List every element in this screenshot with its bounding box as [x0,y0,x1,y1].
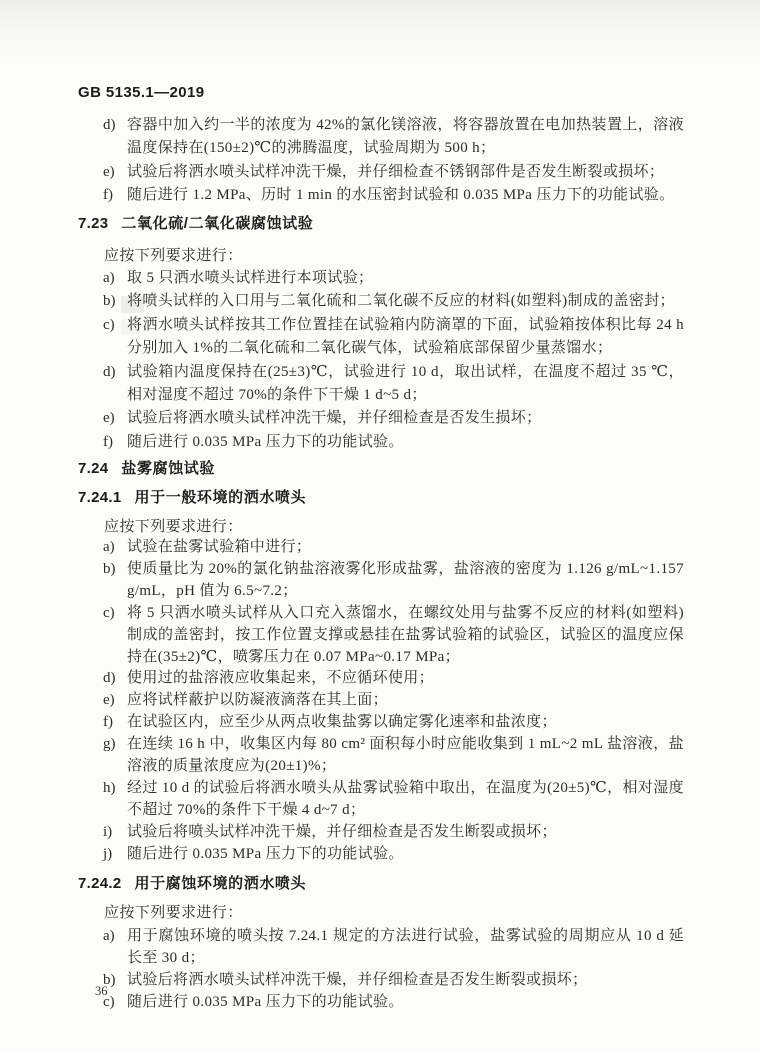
list-item: d) 使用过的盐溶液应收集起来，不应循环使用； [103,668,684,690]
intro-list: d) 容器中加入约一半的浓度为 42%的氯化镁溶液，将容器放置在电加热装置上，溶… [103,114,684,208]
list-item-text: 在连续 16 h 中，收集区内每 80 cm² 面积每小时应能收集到 1 mL~… [127,734,684,778]
list-item-text: 试验箱内温度保持在(25±3)℃，试验进行 10 d，取出试样，在温度不超过 3… [127,361,684,408]
list-item-text: 使用过的盐溶液应收集起来，不应循环使用； [127,668,684,690]
list-item-label: d) [103,668,127,690]
section-heading-7-24-1: 7.24.1用于一般环境的洒水喷头 [78,486,306,507]
list-item-label: b) [103,559,127,581]
list-item-text: 随后进行 0.035 MPa 压力下的功能试验。 [127,991,684,1013]
list-item-text: 试验后将喷头试样冲洗干燥，并仔细检查是否发生断裂或损坏； [127,822,684,844]
list-item-text: 取 5 只洒水喷头试样进行本项试验； [127,267,684,290]
list-item: c) 将 5 只洒水喷头试样从入口充入蒸馏水，在螺纹处用与盐雾不反应的材料(如塑… [103,603,684,669]
list-item-text: 应将试样蔽护以防凝液滴落在其上面； [127,690,684,712]
section-number: 7.23 [78,215,108,232]
list-item-label: e) [103,407,127,430]
scan-smudge [121,319,140,334]
list-item: d) 试验箱内温度保持在(25±3)℃，试验进行 10 d，取出试样，在温度不超… [103,361,684,408]
list-item: e) 试验后将洒水喷头试样冲洗干燥，并仔细检查不锈钢部件是否发生断裂或损坏； [103,161,684,184]
list-item: f) 随后进行 0.035 MPa 压力下的功能试验。 [103,431,684,454]
list-item-label: f) [103,431,127,454]
list-item: g) 在连续 16 h 中，收集区内每 80 cm² 面积每小时应能收集到 1 … [103,734,684,778]
section-number: 7.24 [78,460,108,477]
section-heading-7-23: 7.23二氧化硫/二氧化碳腐蚀试验 [78,212,313,233]
list-item-label: f) [103,184,127,207]
list-item: a) 用于腐蚀环境的喷头按 7.24.1 规定的方法进行试验，盐雾试验的周期应从… [103,925,684,969]
list-item-label: j) [103,844,127,866]
lead-paragraph: 应按下列要求进行： [104,516,684,539]
list-item-text: 在试验区内，应至少从两点收集盐雾以确定雾化速率和盐浓度； [127,712,684,734]
section-title: 用于一般环境的洒水喷头 [135,489,307,506]
list-item: c) 将洒水喷头试样按其工作位置挂在试验箱内防滴罩的下面，试验箱按体积比每 24… [103,314,684,361]
list-item-text: 试验后将洒水喷头试样冲洗干燥，并仔细检查是否发生损坏； [127,407,684,430]
page-number: 36 [95,984,108,999]
list-item-label: e) [103,161,127,184]
section-7-24-1-list: a) 试验在盐雾试验箱中进行； b) 使质量比为 20%的氯化钠盐溶液雾化形成盐… [103,537,684,866]
list-item: i) 试验后将喷头试样冲洗干燥，并仔细检查是否发生断裂或损坏； [103,822,684,844]
list-item-text: 试验后将洒水喷头试样冲洗干燥，并仔细检查不锈钢部件是否发生断裂或损坏； [127,161,684,184]
list-item: e) 应将试样蔽护以防凝液滴落在其上面； [103,690,684,712]
list-item: b) 将喷头试样的入口用与二氧化硫和二氧化碳不反应的材料(如塑料)制成的盖密封； [103,290,684,313]
list-item-text: 随后进行 0.035 MPa 压力下的功能试验。 [127,431,684,454]
list-item-label: f) [103,712,127,734]
lead-paragraph: 应按下列要求进行： [104,245,684,268]
section-7-23-list: a) 取 5 只洒水喷头试样进行本项试验； b) 将喷头试样的入口用与二氧化硫和… [103,267,684,454]
section-heading-7-24-2: 7.24.2用于腐蚀环境的洒水喷头 [78,872,306,893]
list-item: e) 试验后将洒水喷头试样冲洗干燥，并仔细检查是否发生损坏； [103,407,684,430]
doc-code-header: GB 5135.1—2019 [78,84,205,101]
list-item-label: d) [103,114,127,137]
list-item-text: 经过 10 d 的试验后将洒水喷头从盐雾试验箱中取出，在温度为(20±5)℃，相… [127,778,684,822]
lead-paragraph: 应按下列要求进行： [104,902,684,924]
list-item-text: 随后进行 0.035 MPa 压力下的功能试验。 [127,844,684,866]
section-7-24-2-list: a) 用于腐蚀环境的喷头按 7.24.1 规定的方法进行试验，盐雾试验的周期应从… [103,925,684,1013]
list-item-label: a) [103,537,127,559]
list-item-text: 用于腐蚀环境的喷头按 7.24.1 规定的方法进行试验，盐雾试验的周期应从 10… [127,925,684,969]
list-item-text: 将 5 只洒水喷头试样从入口充入蒸馏水，在螺纹处用与盐雾不反应的材料(如塑料)制… [127,603,684,669]
list-item-text: 随后进行 1.2 MPa、历时 1 min 的水压密封试验和 0.035 MPa… [127,184,684,207]
list-item-text: 将洒水喷头试样按其工作位置挂在试验箱内防滴罩的下面，试验箱按体积比每 24 h … [127,314,684,361]
list-item: h) 经过 10 d 的试验后将洒水喷头从盐雾试验箱中取出，在温度为(20±5)… [103,778,684,822]
scan-smudge [121,296,144,313]
list-item-text: 使质量比为 20%的氯化钠盐溶液雾化形成盐雾，盐溶液的密度为 1.126 g/m… [127,559,684,603]
list-item-label: h) [103,778,127,800]
list-item-label: e) [103,690,127,712]
section-title: 二氧化硫/二氧化碳腐蚀试验 [121,215,313,232]
list-item: a) 取 5 只洒水喷头试样进行本项试验； [103,267,684,290]
list-item-label: g) [103,734,127,756]
section-title: 盐雾腐蚀试验 [121,460,215,477]
list-item: f) 在试验区内，应至少从两点收集盐雾以确定雾化速率和盐浓度； [103,712,684,734]
list-item-label: a) [103,925,127,947]
list-item: a) 试验在盐雾试验箱中进行； [103,537,684,559]
list-item: c) 随后进行 0.035 MPa 压力下的功能试验。 [103,991,684,1013]
section-number: 7.24.1 [78,489,122,506]
list-item-text: 容器中加入约一半的浓度为 42%的氯化镁溶液，将容器放置在电加热装置上，溶液温度… [127,114,684,161]
document-page: GB 5135.1—2019 d) 容器中加入约一半的浓度为 42%的氯化镁溶液… [0,0,760,1053]
list-item-text: 试验在盐雾试验箱中进行； [127,537,684,559]
list-item: b) 试验后将洒水喷头试样冲洗干燥，并仔细检查是否发生断裂或损坏； [103,969,684,991]
list-item: d) 容器中加入约一半的浓度为 42%的氯化镁溶液，将容器放置在电加热装置上，溶… [103,114,684,161]
list-item-label: i) [103,822,127,844]
section-title: 用于腐蚀环境的洒水喷头 [135,875,307,892]
section-number: 7.24.2 [78,875,122,892]
section-heading-7-24: 7.24盐雾腐蚀试验 [78,457,215,478]
list-item: f) 随后进行 1.2 MPa、历时 1 min 的水压密封试验和 0.035 … [103,184,684,207]
list-item-label: a) [103,267,127,290]
list-item-text: 将喷头试样的入口用与二氧化硫和二氧化碳不反应的材料(如塑料)制成的盖密封； [127,290,684,313]
list-item-label: d) [103,361,127,384]
list-item-label: c) [103,603,127,625]
list-item: j) 随后进行 0.035 MPa 压力下的功能试验。 [103,844,684,866]
list-item: b) 使质量比为 20%的氯化钠盐溶液雾化形成盐雾，盐溶液的密度为 1.126 … [103,559,684,603]
list-item-text: 试验后将洒水喷头试样冲洗干燥，并仔细检查是否发生断裂或损坏； [127,969,684,991]
